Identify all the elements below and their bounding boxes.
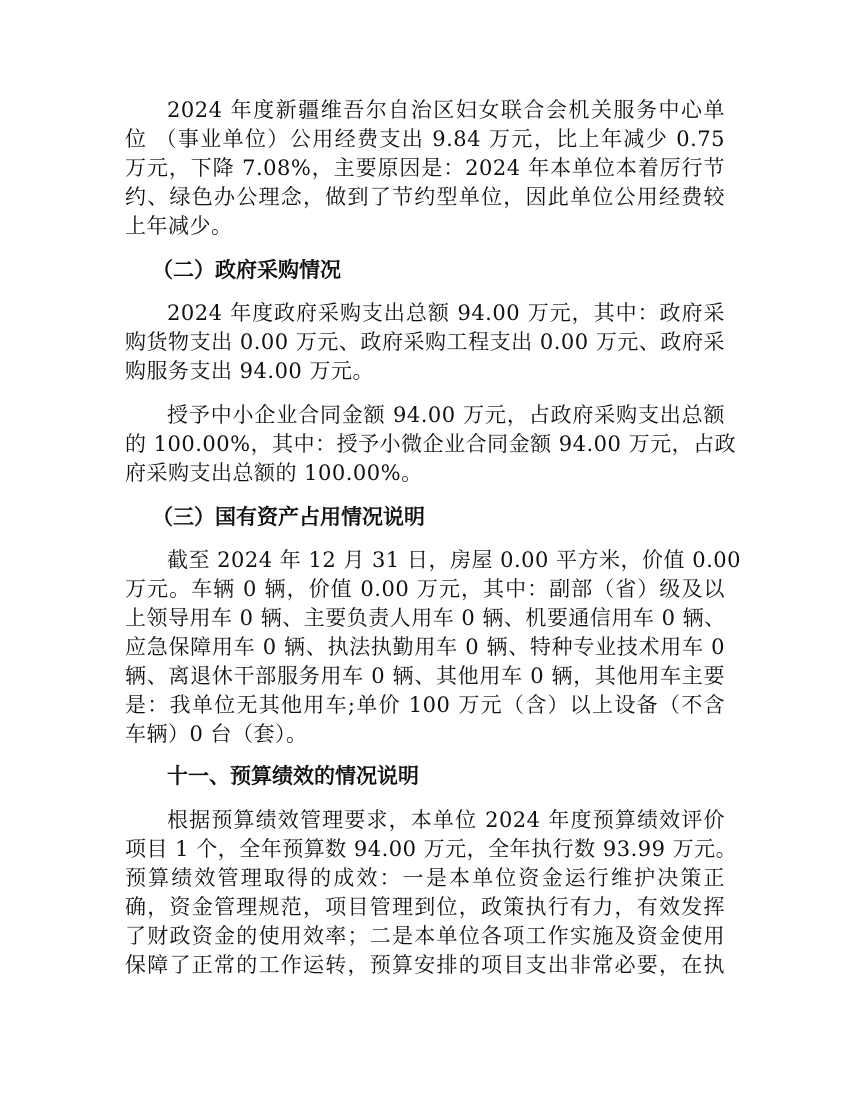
- paragraph-line: 根据预算绩效管理要求，本单位 2024 年度预算绩效评价: [167, 806, 725, 835]
- paragraph-line: 辆、离退休干部服务用车 0 辆、其他用车 0 辆，其他用车主要: [125, 662, 725, 691]
- paragraph-line: 预算绩效管理取得的成效：一是本单位资金运行维护决策正: [125, 864, 725, 893]
- paragraph-line: 上领导用车 0 辆、主要负责人用车 0 辆、机要通信用车 0 辆、: [125, 604, 725, 633]
- paragraph-line: 位 （事业单位）公用经费支出 9.84 万元，比上年减少 0.75: [125, 125, 725, 154]
- paragraph-line: 是：我单位无其他用车;单价 100 万元（含）以上设备（不含: [125, 691, 725, 720]
- paragraph-line: 截至 2024 年 12 月 31 日，房屋 0.00 平方米，价值 0.00: [167, 546, 725, 575]
- paragraph-line: 2024 年度新疆维吾尔自治区妇女联合会机关服务中心单: [167, 96, 725, 125]
- paragraph-line: 购货物支出 0.00 万元、政府采购工程支出 0.00 万元、政府采: [125, 328, 725, 357]
- paragraph-line: 应急保障用车 0 辆、执法执勤用车 0 辆、特种专业技术用车 0: [125, 633, 725, 662]
- paragraph-line: 购服务支出 94.00 万元。: [125, 357, 725, 386]
- paragraph-line: 2024 年度政府采购支出总额 94.00 万元，其中：政府采: [167, 299, 725, 328]
- section-heading-performance: 十一、预算绩效的情况说明: [167, 762, 419, 791]
- document-page: 2024 年度新疆维吾尔自治区妇女联合会机关服务中心单 位 （事业单位）公用经费…: [0, 0, 850, 1100]
- paragraph-line: 上年减少。: [125, 212, 725, 241]
- paragraph-line: 保障了正常的工作运转，预算安排的项目支出非常必要，在执: [125, 951, 725, 980]
- paragraph-line: 约、绿色办公理念，做到了节约型单位，因此单位公用经费较: [125, 183, 725, 212]
- paragraph-line: 车辆）0 台（套）。: [125, 720, 725, 749]
- section-heading-assets: （三）国有资产占用情况说明: [152, 503, 425, 532]
- paragraph-line: 授予中小企业合同金额 94.00 万元，占政府采购支出总额: [167, 401, 725, 430]
- paragraph-line: 万元，下降 7.08%，主要原因是：2024 年本单位本着厉行节: [125, 154, 725, 183]
- paragraph-line: 府采购支出总额的 100.00%。: [125, 459, 725, 488]
- section-heading-procurement: （二）政府采购情况: [152, 256, 341, 285]
- paragraph-line: 项目 1 个，全年预算数 94.00 万元，全年执行数 93.99 万元。: [125, 835, 725, 864]
- paragraph-line: 了财政资金的使用效率；二是本单位各项工作实施及资金使用: [125, 922, 725, 951]
- paragraph-line: 万元。车辆 0 辆，价值 0.00 万元，其中：副部（省）级及以: [125, 575, 725, 604]
- paragraph-line: 确，资金管理规范，项目管理到位，政策执行有力，有效发挥: [125, 893, 725, 922]
- paragraph-line: 的 100.00%，其中：授予小微企业合同金额 94.00 万元，占政: [125, 430, 725, 459]
